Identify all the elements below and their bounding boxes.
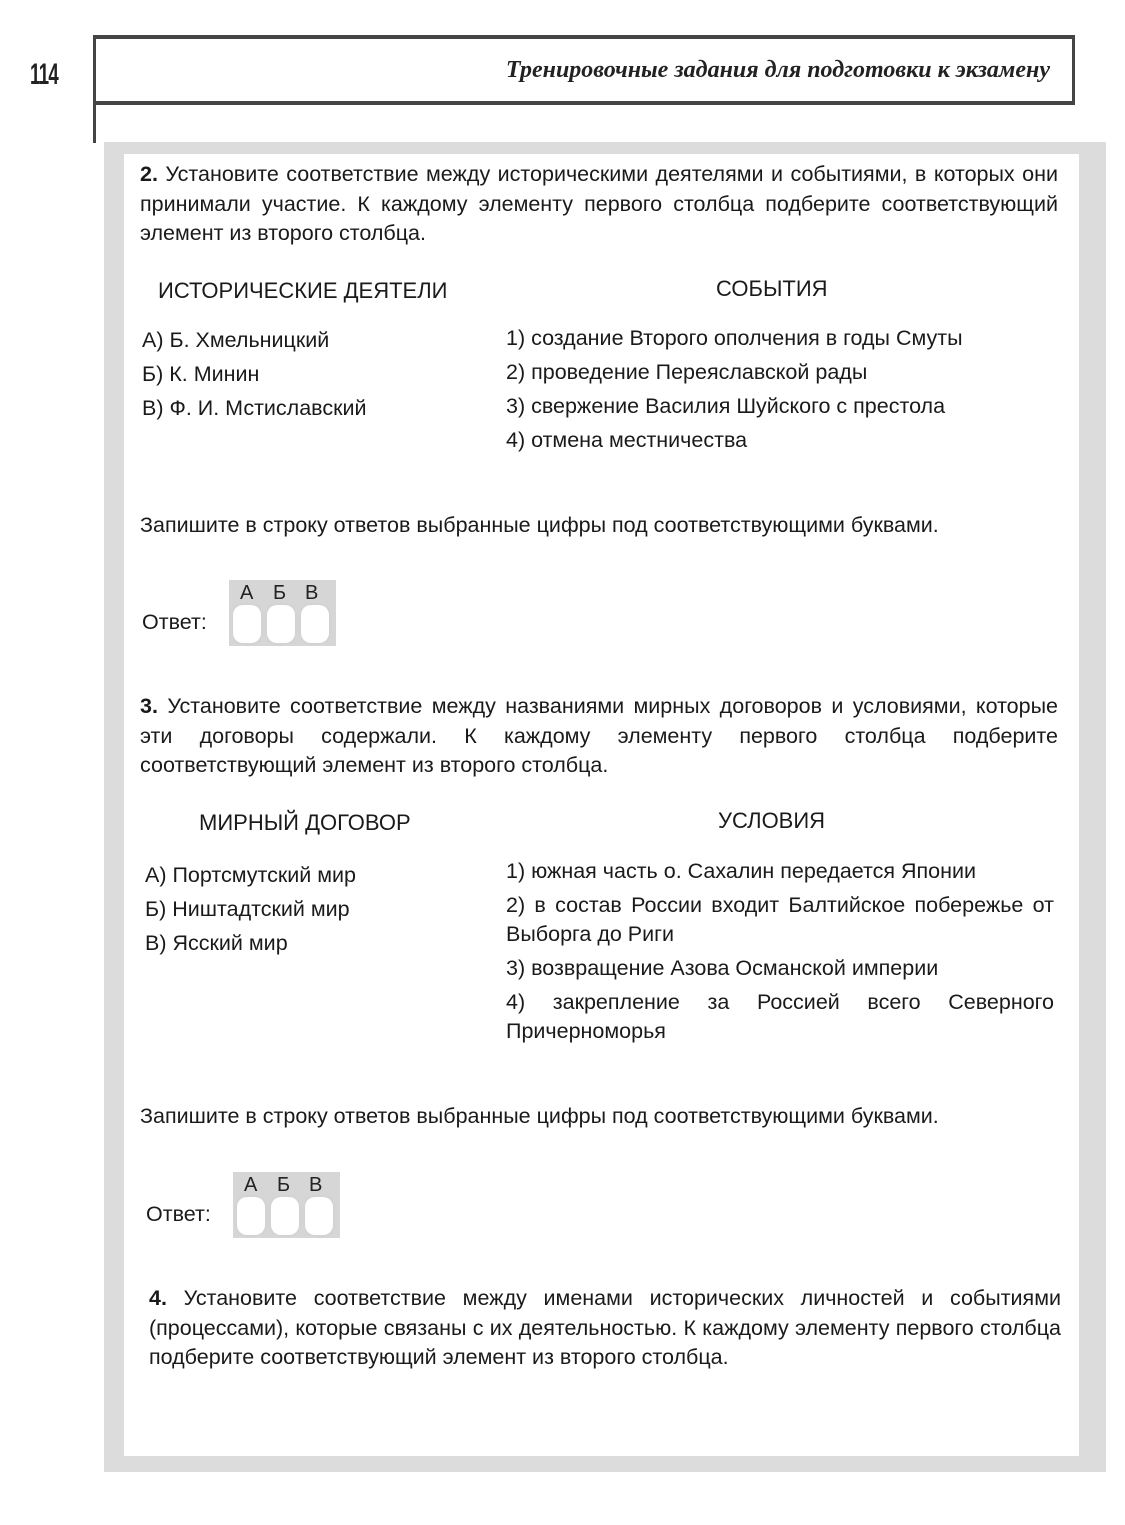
task-3-text: Установите соответствие между названиями…: [140, 694, 1058, 777]
tasks-panel: 2. Установите соответствие между историч…: [104, 142, 1106, 1472]
answer-letter-v: В: [305, 582, 318, 605]
task-2-left-item: А) Б. Хмельницкий: [142, 323, 367, 357]
task-3-right-item: 3) возвращение Азова Османской империи: [506, 954, 1054, 983]
task-3-left-item: А) Портсмутский мир: [145, 858, 356, 892]
task-3-right-item: 2) в состав России входит Балтийское поб…: [506, 891, 1054, 949]
answer-cell-a[interactable]: [237, 1197, 265, 1235]
task-2-left-item: Б) К. Минин: [142, 357, 367, 391]
task-2-right-item: 3) свержение Василия Шуйского с престола: [506, 392, 1054, 421]
task-3-number: 3.: [140, 694, 158, 718]
task-2-right-item: 1) создание Второго ополчения в годы Сму…: [506, 324, 1054, 353]
task-3-left-item: Б) Ништадтский мир: [145, 892, 356, 926]
task-2-right-list: 1) создание Второго ополчения в годы Сму…: [506, 324, 1054, 460]
answer-letter-b: Б: [277, 1174, 290, 1197]
answer-letter-a: А: [244, 1174, 257, 1197]
task-2-right-item: 2) проведение Переяславской рады: [506, 358, 1054, 387]
running-header: Тренировочные задания для подготовки к э…: [93, 35, 1075, 105]
answer-letter-a: А: [240, 582, 253, 605]
task-2-left-item: В) Ф. И. Мстиславский: [142, 391, 367, 425]
task-3-left-header: МИРНЫЙ ДОГОВОР: [199, 810, 411, 836]
task-3-left-item: В) Ясский мир: [145, 926, 356, 960]
task-3-right-list: 1) южная часть о. Сахалин передается Япо…: [506, 857, 1054, 1051]
answer-cell-a[interactable]: [233, 605, 261, 643]
task-2-right-item: 4) отмена местничества: [506, 426, 1054, 455]
answer-cell-b[interactable]: [267, 605, 295, 643]
task-2-number: 2.: [140, 162, 158, 186]
task-3-instruction: Запишите в строку ответов выбранные цифр…: [140, 1102, 1058, 1132]
task-2-text: Установите соответствие между историческ…: [140, 162, 1058, 245]
task-3-prompt: 3. Установите соответствие между названи…: [140, 692, 1058, 781]
answer-cell-v[interactable]: [305, 1197, 333, 1235]
task-3-answer-label: Ответ:: [146, 1202, 211, 1227]
task-3-right-item: 4) закрепление за Россией всего Северног…: [506, 988, 1054, 1046]
answer-letter-b: Б: [273, 582, 286, 605]
task-2-prompt: 2. Установите соответствие между историч…: [140, 160, 1058, 249]
answer-letter-v: В: [309, 1174, 322, 1197]
task-2-right-header: СОБЫТИЯ: [716, 276, 828, 302]
tasks-panel-content: 2. Установите соответствие между историч…: [124, 154, 1079, 1456]
task-3-right-header: УСЛОВИЯ: [718, 808, 825, 834]
page-number: 114: [30, 58, 58, 92]
task-3-left-list: А) Портсмутский мир Б) Ништадтский мир В…: [145, 858, 356, 960]
task-2-answer-grid: А Б В: [229, 580, 336, 646]
task-3-answer-grid: А Б В: [233, 1172, 340, 1238]
task-2-left-header: ИСТОРИЧЕСКИЕ ДЕЯТЕЛИ: [158, 278, 447, 304]
answer-cell-v[interactable]: [301, 605, 329, 643]
answer-cell-b[interactable]: [271, 1197, 299, 1235]
task-2-instruction: Запишите в строку ответов выбранные цифр…: [140, 511, 1058, 541]
task-2-answer-label: Ответ:: [142, 610, 207, 635]
task-4-number: 4.: [149, 1286, 167, 1310]
task-4-text: Установите соответствие между именами ис…: [149, 1286, 1061, 1369]
running-header-title: Тренировочные задания для подготовки к э…: [506, 57, 1050, 84]
task-2-left-list: А) Б. Хмельницкий Б) К. Минин В) Ф. И. М…: [142, 323, 367, 425]
task-4-prompt: 4. Установите соответствие между именами…: [149, 1284, 1061, 1373]
task-3-right-item: 1) южная часть о. Сахалин передается Япо…: [506, 857, 1054, 886]
